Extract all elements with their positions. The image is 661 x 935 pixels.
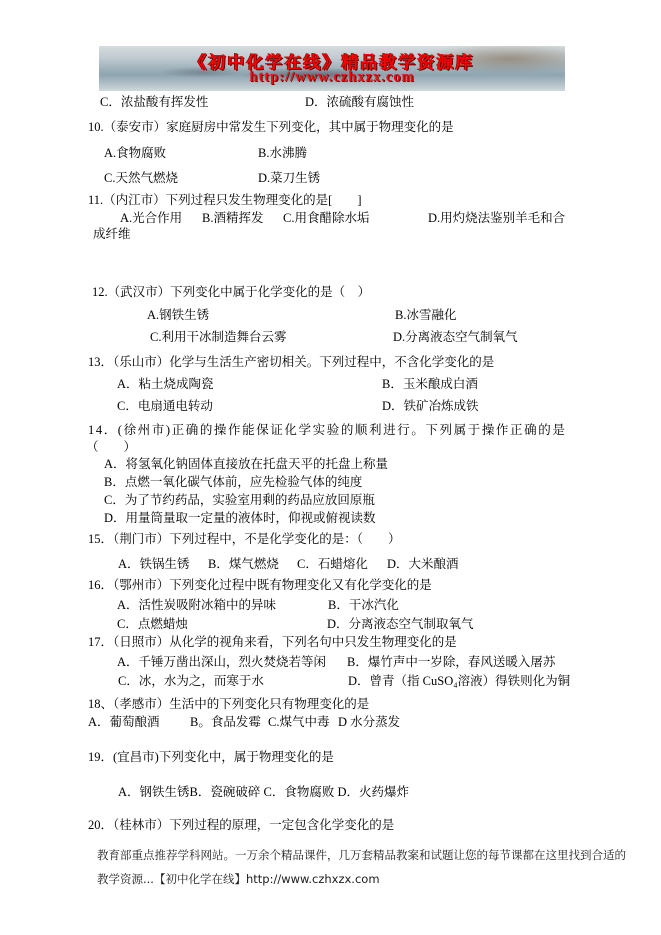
footer-promo-line1: 教育部重点推荐学科网站。一万余个精品课件，几万套精品教案和试题让您的每节课都在这…	[97, 848, 626, 862]
option-a: A.食物腐败	[104, 146, 166, 161]
option-d: D．大米酿酒	[387, 557, 459, 572]
option-d: D.菜刀生锈	[258, 171, 320, 186]
prev-option-c: C．浓盐酸有挥发性	[100, 95, 208, 110]
option-a: A.钢铁生锈	[147, 308, 209, 323]
option-c: C．点燃蜡烛	[117, 617, 188, 632]
question-stem: 13．（乐山市）化学与生活生产密切相关。下列过程中，不含化学变化的是	[88, 355, 494, 370]
option-a: A．葡萄酿酒	[88, 715, 160, 730]
option-c: C.利用干冰制造舞台云雾	[150, 330, 286, 345]
question-stem: 14．(徐州市)正确的操作能保证化学实验的顺利进行。下列属于操作正确的是	[88, 423, 566, 438]
question-stem: 15．（荆门市）下列过程中，不是化学变化的是：（ ）	[88, 532, 401, 547]
option-b: B．玉米酿成白酒	[382, 377, 478, 392]
option-d-wrap: 成纤维	[93, 227, 131, 242]
option-c: C.煤气中毒	[268, 715, 329, 730]
option-b: B.冰雪融化	[395, 308, 456, 323]
footer-promo-line2: 教学资源...【初中化学在线】http://www.czhxzx.com	[97, 872, 380, 886]
option-a: A．粘土烧成陶瓷	[117, 377, 214, 392]
options-line: A．钢铁生锈B．瓷碗破碎 C．食物腐败 D．火药爆炸	[118, 785, 409, 800]
option-d: D 水分蒸发	[338, 715, 400, 730]
question-stem: 18、（孝感市）生活中的下列变化只有物理变化的是	[88, 697, 369, 712]
option-d: D．曾青（指 CuSO₄溶液）得铁则化为铜	[348, 674, 570, 689]
question-stem: 17．（日照市）从化学的视角来看，下列名句中只发生物理变化的是	[88, 635, 457, 650]
question-stem: 10.（泰安市）家庭厨房中常发生下列变化，其中属于物理变化的是	[88, 120, 454, 135]
option-b: B．干冰汽化	[328, 598, 399, 613]
option-a: A．铁锅生锈	[118, 557, 190, 572]
option-a: A.光合作用	[120, 211, 182, 226]
option-d: D．铁矿冶炼成铁	[382, 399, 479, 414]
question-stem-brackets: （ ）	[86, 440, 136, 455]
option-b: B.酒精挥发	[202, 211, 263, 226]
option-a: A．活性炭吸附冰箱中的异味	[117, 598, 276, 613]
banner-url-link[interactable]: http://www.czhxzx.com	[99, 69, 565, 86]
option-b: B。食品发霉	[190, 715, 261, 730]
site-banner-image: 《初中化学在线》精品教学资源库 http://www.czhxzx.com	[99, 46, 565, 91]
question-stem: 19．(宜昌市)下列变化中，属于物理变化的是	[88, 750, 334, 765]
question-stem: 20．（桂林市）下列过程的原理，一定包含化学变化的是	[88, 818, 394, 833]
option-a: A．将氢氧化钠固体直接放在托盘天平的托盘上称量	[104, 457, 388, 472]
option-b: B．煤气燃烧	[208, 557, 279, 572]
question-stem: 16．（鄂州市）下列变化过程中既有物理变化又有化学变化的是	[88, 578, 432, 593]
option-d: D.分离液态空气制氧气	[393, 330, 518, 345]
question-stem: 12.（武汉市）下列变化中属于化学变化的是（ ）	[92, 285, 370, 300]
option-c: C．石蜡熔化	[297, 557, 368, 572]
option-d: D．分离液态空气制取氧气	[327, 617, 474, 632]
option-c: C.天然气燃烧	[104, 171, 178, 186]
option-c: C．电扇通电转动	[117, 399, 213, 414]
option-d: D.用灼烧法鉴别羊毛和合	[428, 211, 565, 226]
option-c: C．为了节约药品，实验室用剩的药品应放回原瓶	[104, 493, 375, 508]
prev-option-d: D．浓硫酸有腐蚀性	[305, 95, 414, 110]
option-c: C.用食醋除水垢	[283, 211, 369, 226]
document-page: 《初中化学在线》精品教学资源库 http://www.czhxzx.com C．…	[0, 0, 661, 935]
option-b: B.水沸腾	[258, 146, 307, 161]
option-d: D．用量筒量取一定量的液体时，仰视或俯视读数	[104, 511, 376, 526]
option-b: B．点燃一氧化碳气体前，应先检验气体的纯度	[104, 475, 362, 490]
option-b: B．爆竹声中一岁除，春风送暖入屠苏	[347, 655, 555, 670]
option-a: A．千锤万凿出深山，烈火焚烧若等闲	[117, 655, 326, 670]
question-stem: 11.（内江市）下列过程只发生物理变化的是[ ]	[88, 193, 362, 208]
option-c: C．冰，水为之，而寒于水	[118, 674, 264, 689]
